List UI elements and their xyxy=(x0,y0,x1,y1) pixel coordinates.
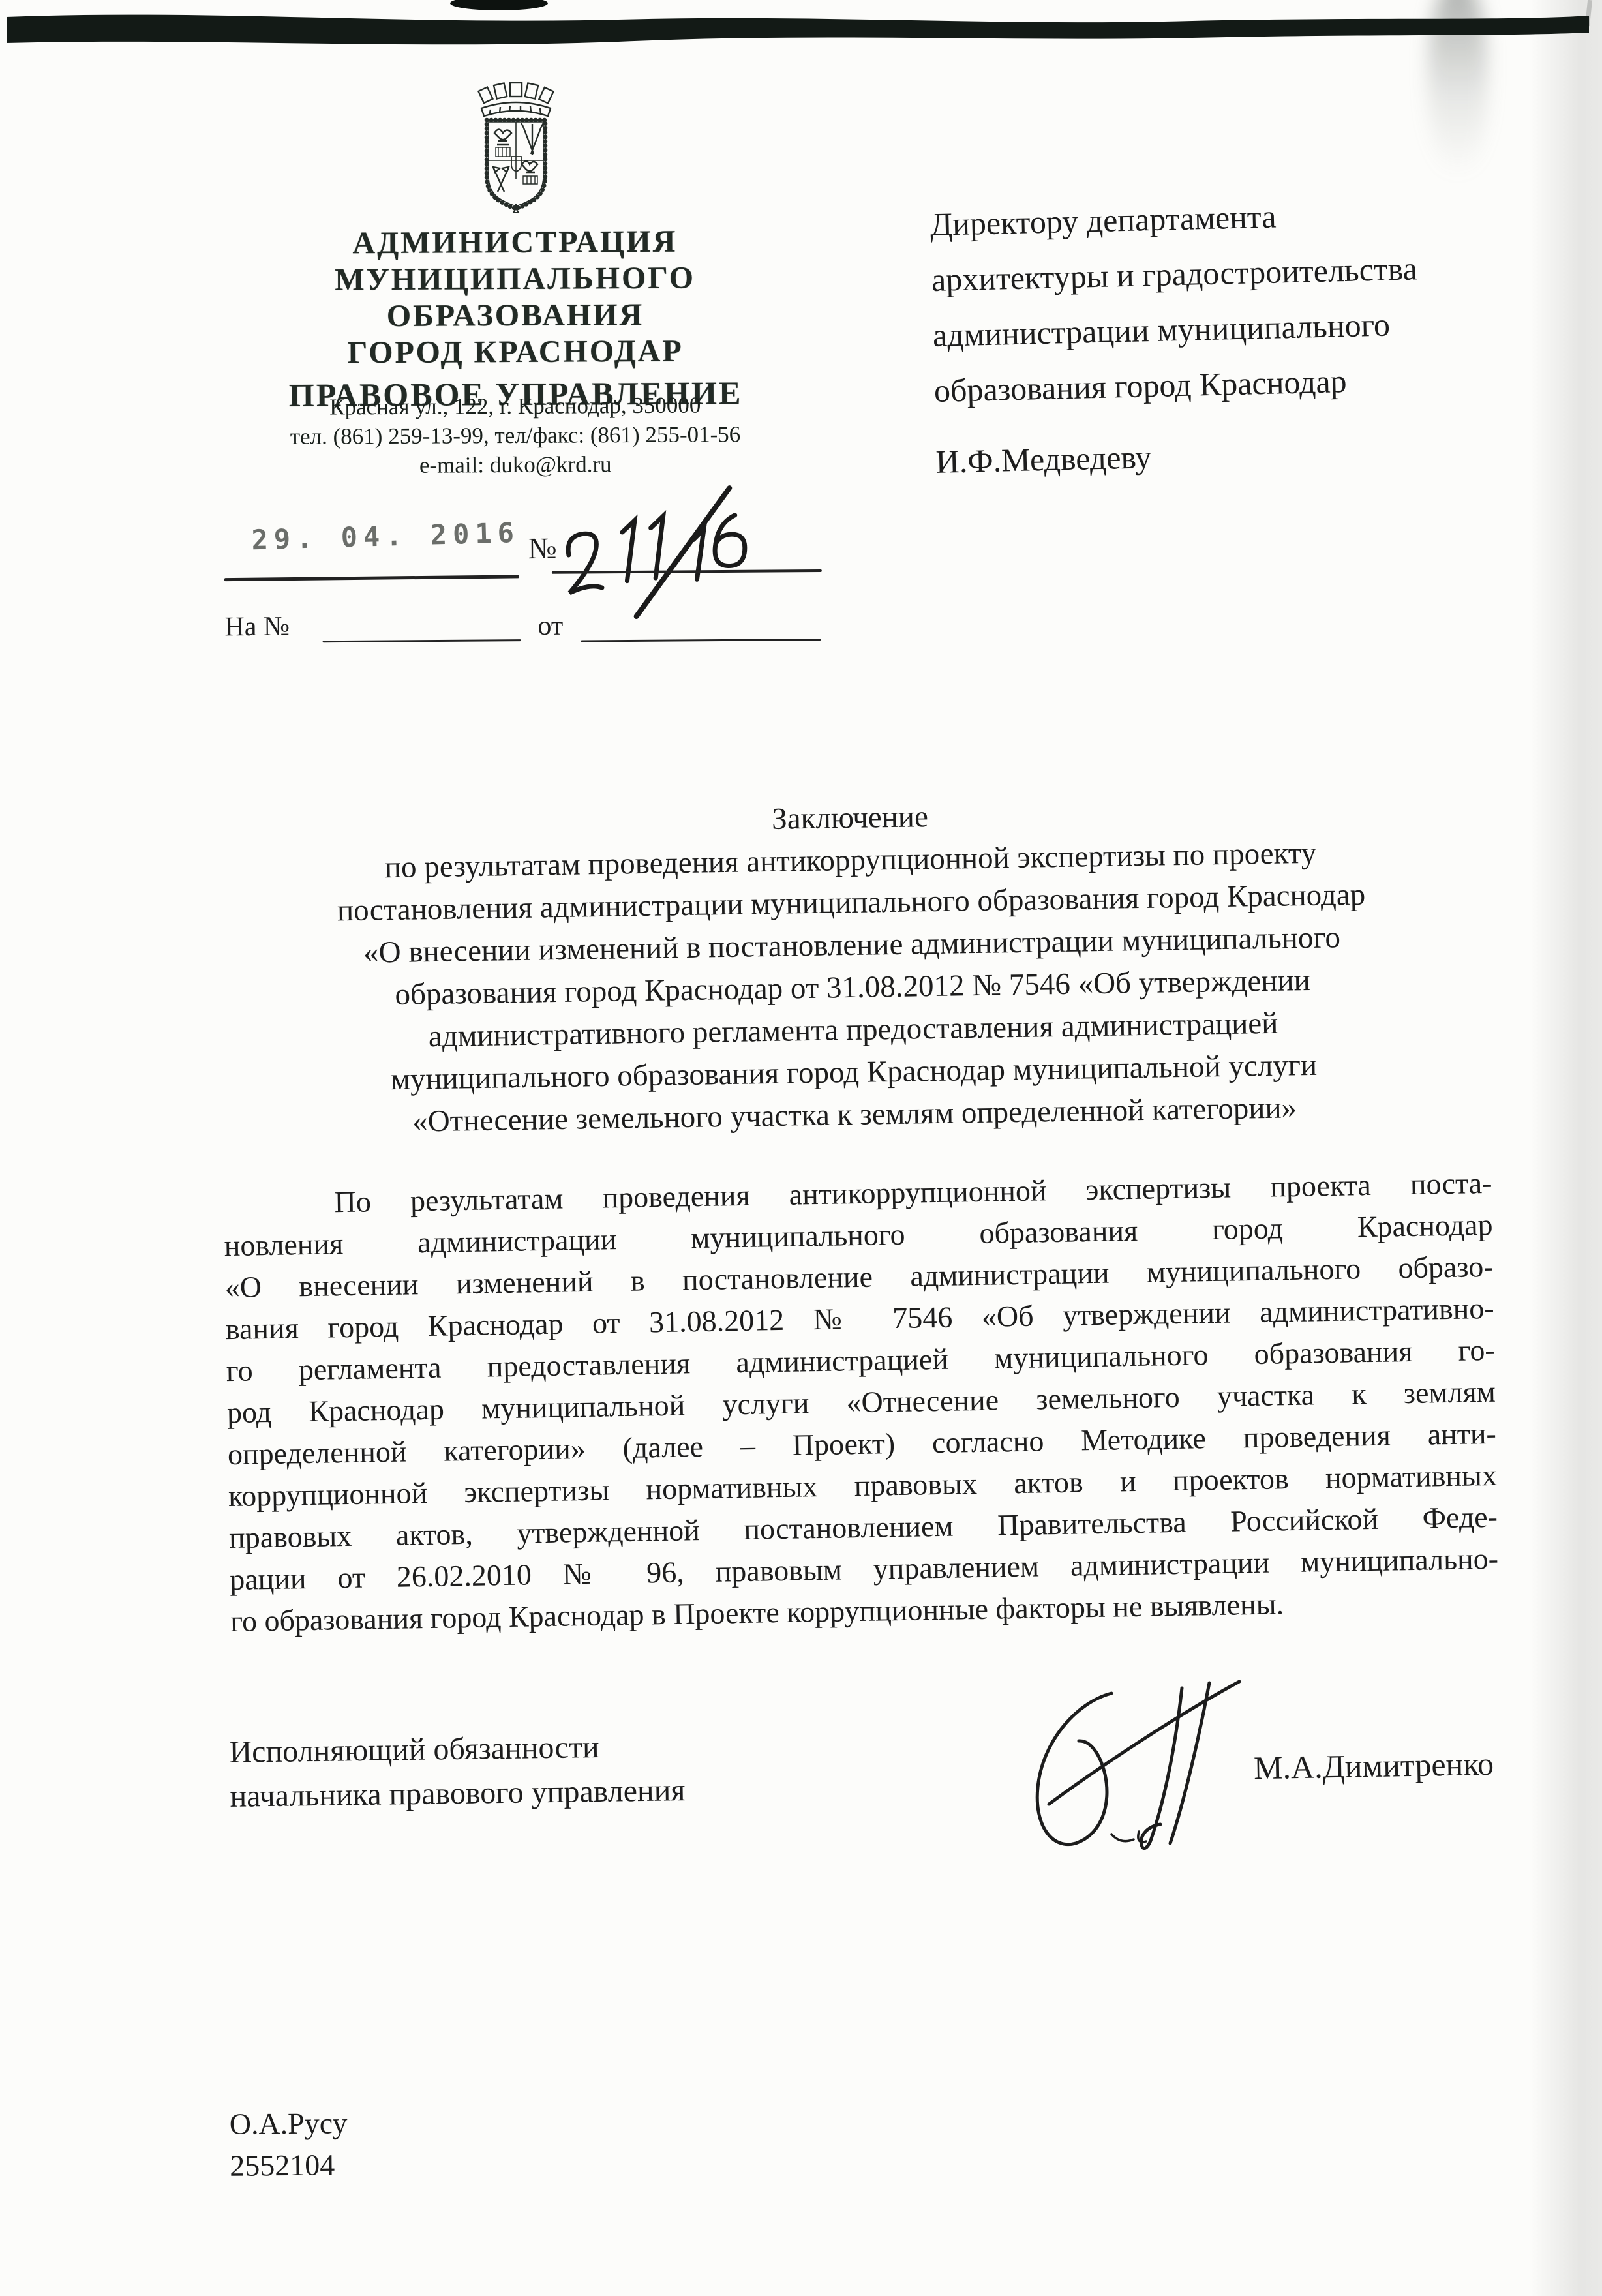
reply-from-label: от xyxy=(537,611,563,642)
signer-position-line1: Исполняющий обязанности xyxy=(229,1724,685,1775)
handwritten-signature xyxy=(1012,1662,1267,1864)
scan-artifact-band xyxy=(5,8,1597,60)
reply-date-underline xyxy=(581,639,821,642)
handwritten-number xyxy=(555,483,771,622)
recipient-name: И.Ф.Медведеву xyxy=(935,419,1576,490)
org-address: Красная ул., 122, г. Краснодар, 350000 xyxy=(215,390,815,423)
org-phone: тел. (861) 259-13-99, тел/факс: (861) 25… xyxy=(215,419,815,452)
letterhead-contacts: Красная ул., 122, г. Краснодар, 350000 т… xyxy=(215,390,816,481)
signer-position: Исполняющий обязанности начальника право… xyxy=(229,1724,686,1819)
document-title-block: Заключение по результатам проведения ант… xyxy=(228,787,1476,1146)
number-sign-label: № xyxy=(528,531,556,566)
letterhead-org-block: АДМИНИСТРАЦИЯ МУНИЦИПАЛЬНОГО ОБРАЗОВАНИЯ… xyxy=(215,223,815,414)
org-name-line2: МУНИЦИПАЛЬНОГО ОБРАЗОВАНИЯ xyxy=(215,260,816,336)
executor-name: О.А.Русу xyxy=(229,2102,347,2145)
executor-block: О.А.Русу 2552104 xyxy=(229,2102,348,2187)
reference-block: 29. 04. 2016 № На № от xyxy=(221,512,848,654)
recipient-block: Директору департамента архитектуры и гра… xyxy=(929,182,1575,490)
signer-name: М.А.Димитренко xyxy=(1254,1745,1494,1787)
org-name-line3: ГОРОД КРАСНОДАР xyxy=(215,333,815,372)
org-email: e-mail: duko@krd.ru xyxy=(215,449,815,481)
coat-of-arms-icon xyxy=(468,81,564,220)
reply-number-underline xyxy=(323,639,521,642)
date-underline xyxy=(224,575,519,581)
scanned-letter-page: АДМИНИСТРАЦИЯ МУНИЦИПАЛЬНОГО ОБРАЗОВАНИЯ… xyxy=(0,0,1602,2296)
reply-number-label: На № xyxy=(224,611,290,643)
body-paragraph: По результатам проведения антикоррупцион… xyxy=(223,1162,1499,1642)
org-name-line1: АДМИНИСТРАЦИЯ xyxy=(215,223,815,263)
date-stamp: 29. 04. 2016 xyxy=(251,517,521,556)
executor-phone: 2552104 xyxy=(230,2144,348,2187)
signer-position-line2: начальника правового управления xyxy=(230,1768,686,1819)
